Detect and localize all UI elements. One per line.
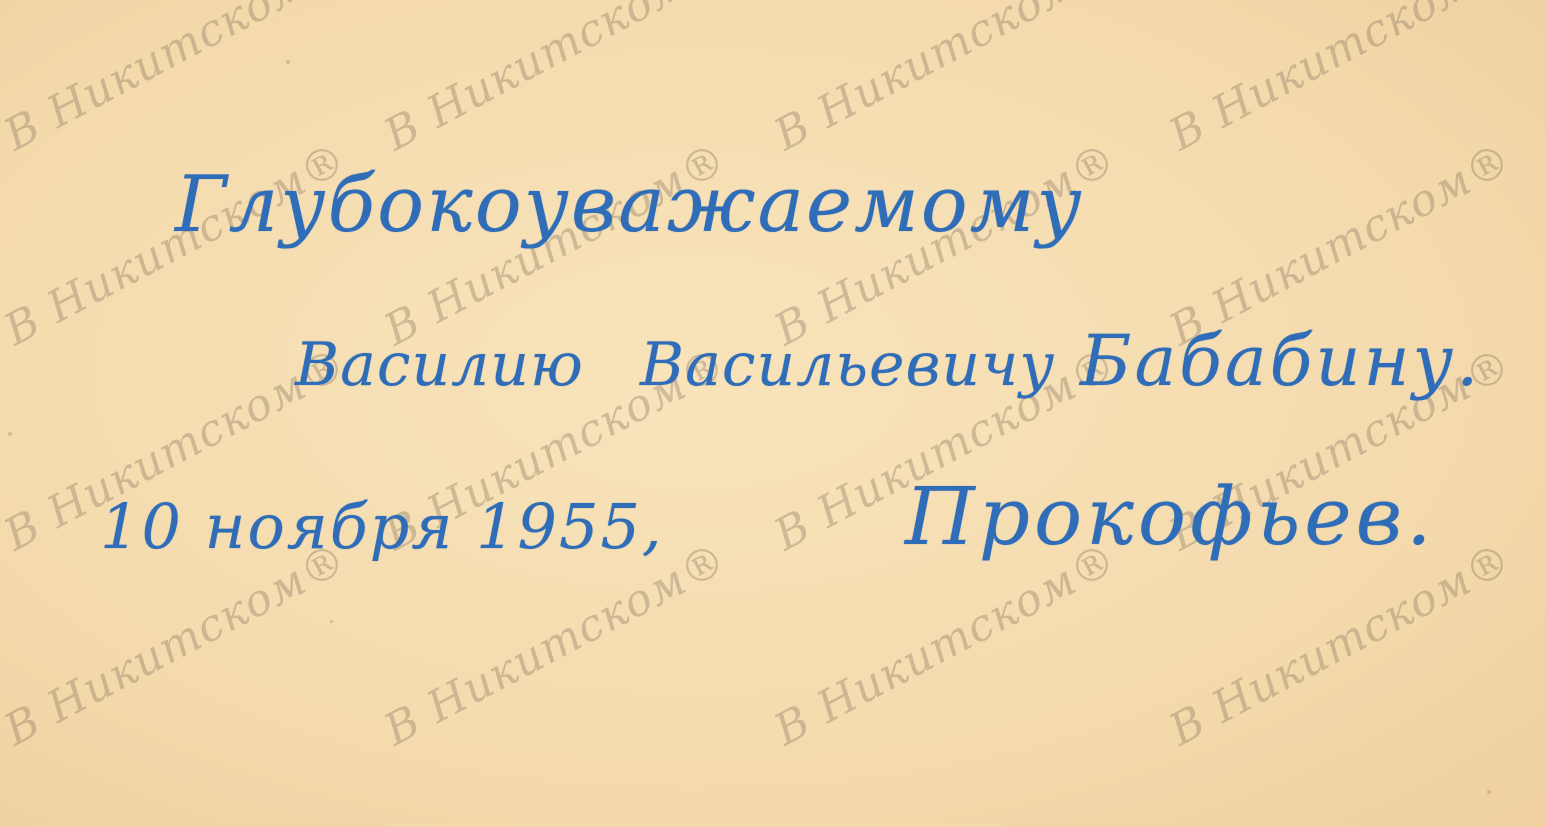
paper-speck (8, 432, 12, 436)
recipient-last-name: Бабабину. (1080, 320, 1481, 402)
recipient-first-name: Василию (295, 330, 584, 400)
salutation: Глубокоуважаемому (175, 160, 1084, 250)
paper-speck (286, 60, 290, 64)
signature: Прокофьев. (905, 470, 1436, 563)
paper-speck (1487, 790, 1491, 794)
recipient-patronymic: Васильевичу (640, 330, 1055, 400)
paper-speck (330, 620, 333, 623)
inscription-date: 10 ноября 1955, (100, 490, 664, 563)
